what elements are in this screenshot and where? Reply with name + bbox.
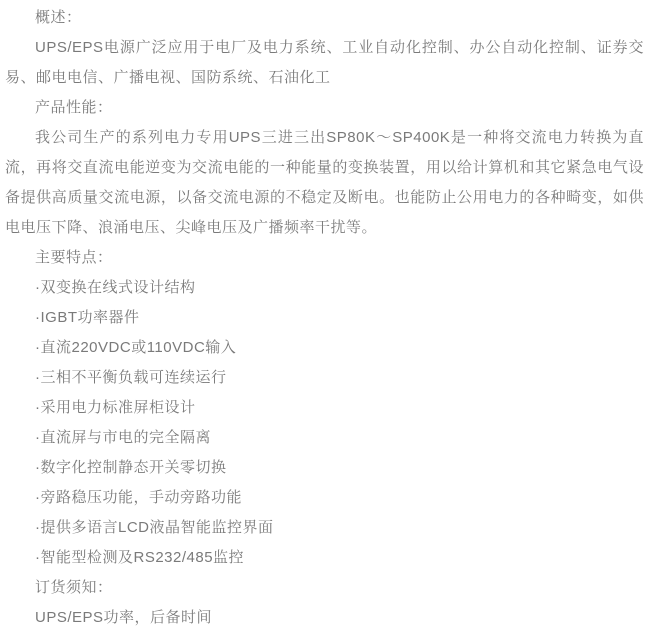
heading-main-features: 主要特点： xyxy=(5,243,644,273)
feature-item-igbt: ·IGBT功率器件 xyxy=(5,303,644,333)
feature-item-cabinet-design: ·采用电力标准屏柜设计 xyxy=(5,393,644,423)
feature-item-dual-conversion: ·双变换在线式设计结构 xyxy=(5,273,644,303)
paragraph-product-description: 我公司生产的系列电力专用UPS三进三出SP80K～SP400K是一种将交流电力转… xyxy=(5,123,644,243)
feature-item-isolation: ·直流屏与市电的完全隔离 xyxy=(5,423,644,453)
heading-ordering-notice: 订货须知： xyxy=(5,573,644,603)
feature-item-lcd-monitor: ·提供多语言LCD液晶智能监控界面 xyxy=(5,513,644,543)
document-body: 概述： UPS/EPS电源广泛应用于电厂及电力系统、工业自动化控制、办公自动化控… xyxy=(0,0,649,640)
heading-overview: 概述： xyxy=(5,3,644,33)
feature-item-static-switch: ·数字化控制静态开关零切换 xyxy=(5,453,644,483)
feature-item-rs232-485: ·智能型检测及RS232/485监控 xyxy=(5,543,644,573)
feature-item-dc-input: ·直流220VDC或110VDC输入 xyxy=(5,333,644,363)
paragraph-applications: UPS/EPS电源广泛应用于电厂及电力系统、工业自动化控制、办公自动化控制、证券… xyxy=(5,33,644,93)
paragraph-ordering-info: UPS/EPS功率，后备时间 xyxy=(5,603,644,633)
feature-item-unbalanced-load: ·三相不平衡负载可连续运行 xyxy=(5,363,644,393)
feature-item-bypass: ·旁路稳压功能，手动旁路功能 xyxy=(5,483,644,513)
heading-product-performance: 产品性能： xyxy=(5,93,644,123)
